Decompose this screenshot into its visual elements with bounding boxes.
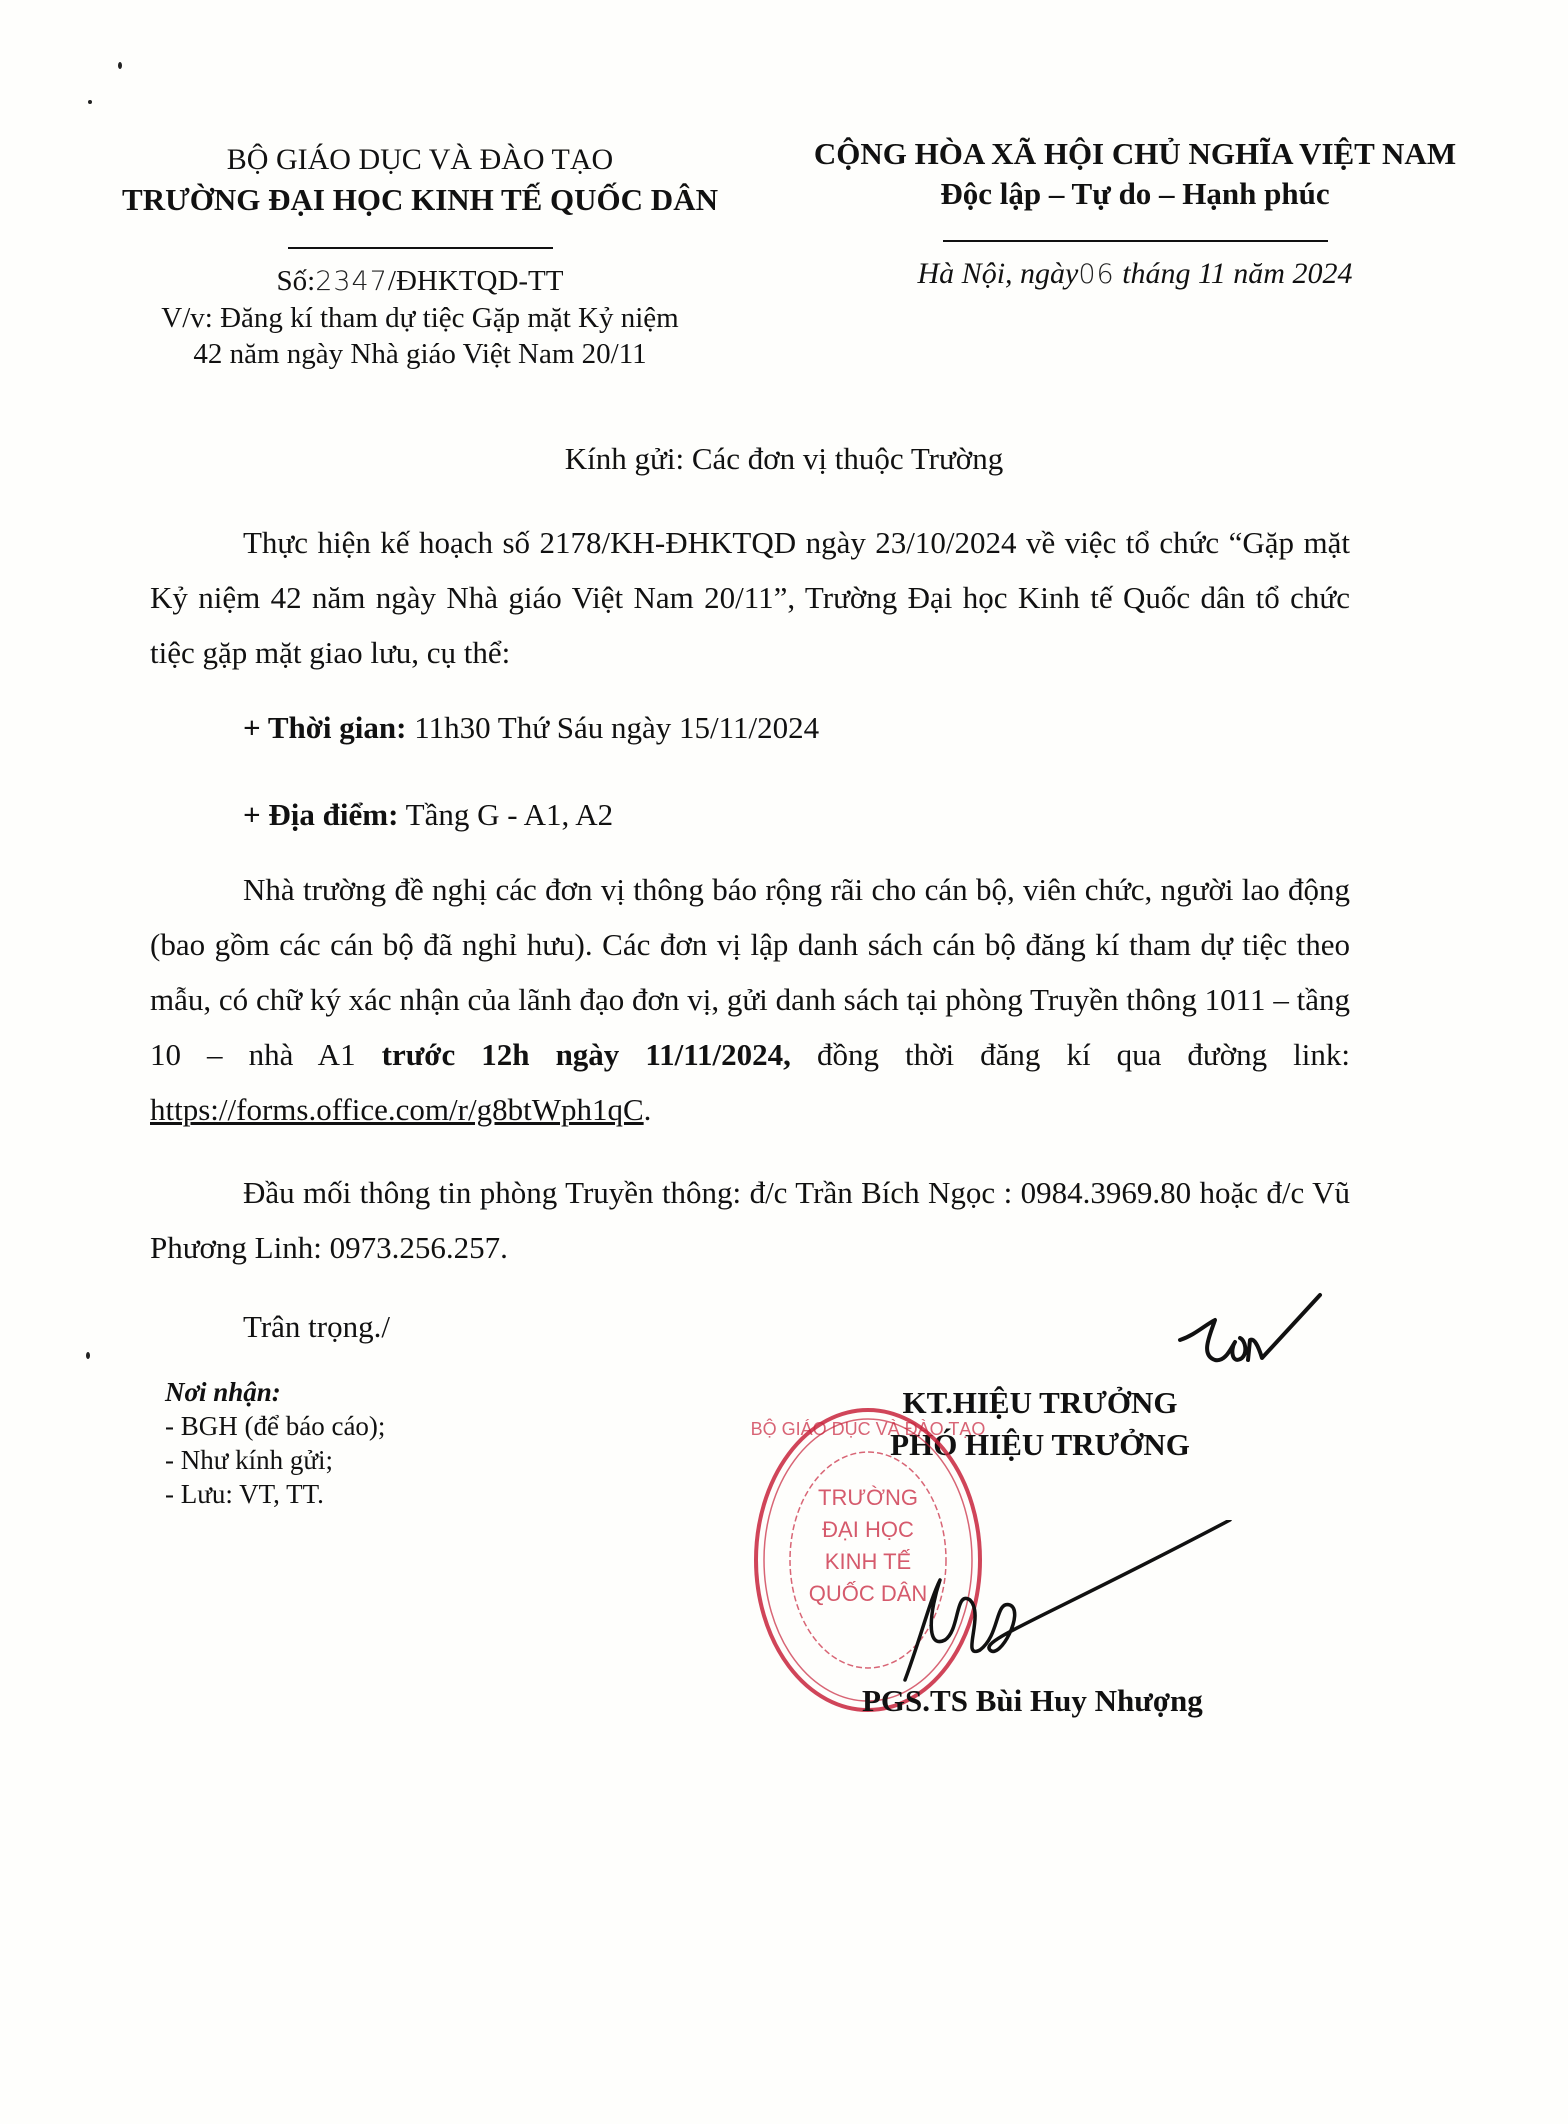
salutation: Kính gửi: Các đơn vị thuộc Trường [0,434,1568,484]
subject-line-2: 42 năm ngày Nhà giáo Việt Nam 20/11 [110,336,730,372]
national-motto: Độc lập – Tự do – Hạnh phúc [790,174,1480,214]
recipient-item: - BGH (để báo cáo); [165,1409,385,1443]
document-number: Số:2347/ĐHKTQD-TT [110,263,730,300]
recipients-block: Nơi nhận: - BGH (để báo cáo); - Như kính… [165,1375,385,1511]
ministry-name: BỘ GIÁO DỤC VÀ ĐÀO TẠO [110,140,730,180]
seal-line: KINH TẾ [825,1549,911,1574]
closing: Trân trọng./ [243,1302,390,1352]
seal-line: TRƯỜNG [818,1485,918,1510]
event-time: + Thời gian: 11h30 Thứ Sáu ngày 15/11/20… [243,703,1443,753]
university-name: TRƯỜNG ĐẠI HỌC KINH TẾ QUỐC DÂN [110,180,730,220]
issuer-header: BỘ GIÁO DỤC VÀ ĐÀO TẠO TRƯỜNG ĐẠI HỌC KI… [110,140,730,372]
issue-date: Hà Nội, ngày06 tháng 11 năm 2024 [790,254,1480,295]
request-paragraph: Nhà trường đề nghị các đơn vị thông báo … [150,862,1350,1137]
recipients-title: Nơi nhận: [165,1375,385,1409]
place-value: Tầng G - A1, A2 [398,797,613,832]
seal-outer-text: BỘ GIÁO DỤC VÀ ĐÀO TẠO [751,1418,985,1439]
subject-line-1: V/v: Đăng kí tham dự tiệc Gặp mặt Kỷ niệ… [110,300,730,336]
deadline: trước 12h ngày 11/11/2024, [382,1037,791,1072]
handwritten-day: 06 [1078,259,1114,290]
intro-paragraph: Thực hiện kế hoạch số 2178/KH-ĐHKTQD ngà… [150,515,1350,680]
scan-speck [88,100,92,104]
header-divider [943,240,1328,242]
recipient-item: - Lưu: VT, TT. [165,1477,385,1511]
national-header: CỘNG HÒA XÃ HỘI CHỦ NGHĨA VIỆT NAM Độc l… [790,134,1480,295]
registration-link[interactable]: https://forms.office.com/r/g8btWph1qC [150,1092,644,1127]
scan-speck [118,62,122,69]
event-place: + Địa điểm: Tầng G - A1, A2 [243,790,1443,840]
handwritten-number: 2347 [315,266,388,297]
signatory-name: PGS.TS Bùi Huy Nhượng [862,1680,1203,1722]
recipient-item: - Như kính gửi; [165,1443,385,1477]
country-name: CỘNG HÒA XÃ HỘI CHỦ NGHĨA VIỆT NAM [790,134,1480,174]
contact-paragraph: Đầu mối thông tin phòng Truyền thông: đ/… [150,1165,1350,1275]
place-label: + Địa điểm: [243,797,398,832]
header-divider [288,247,553,249]
time-value: 11h30 Thứ Sáu ngày 15/11/2024 [406,710,819,745]
signature-mark-icon [900,1520,1240,1690]
time-label: + Thời gian: [243,710,406,745]
scan-speck [86,1352,90,1359]
